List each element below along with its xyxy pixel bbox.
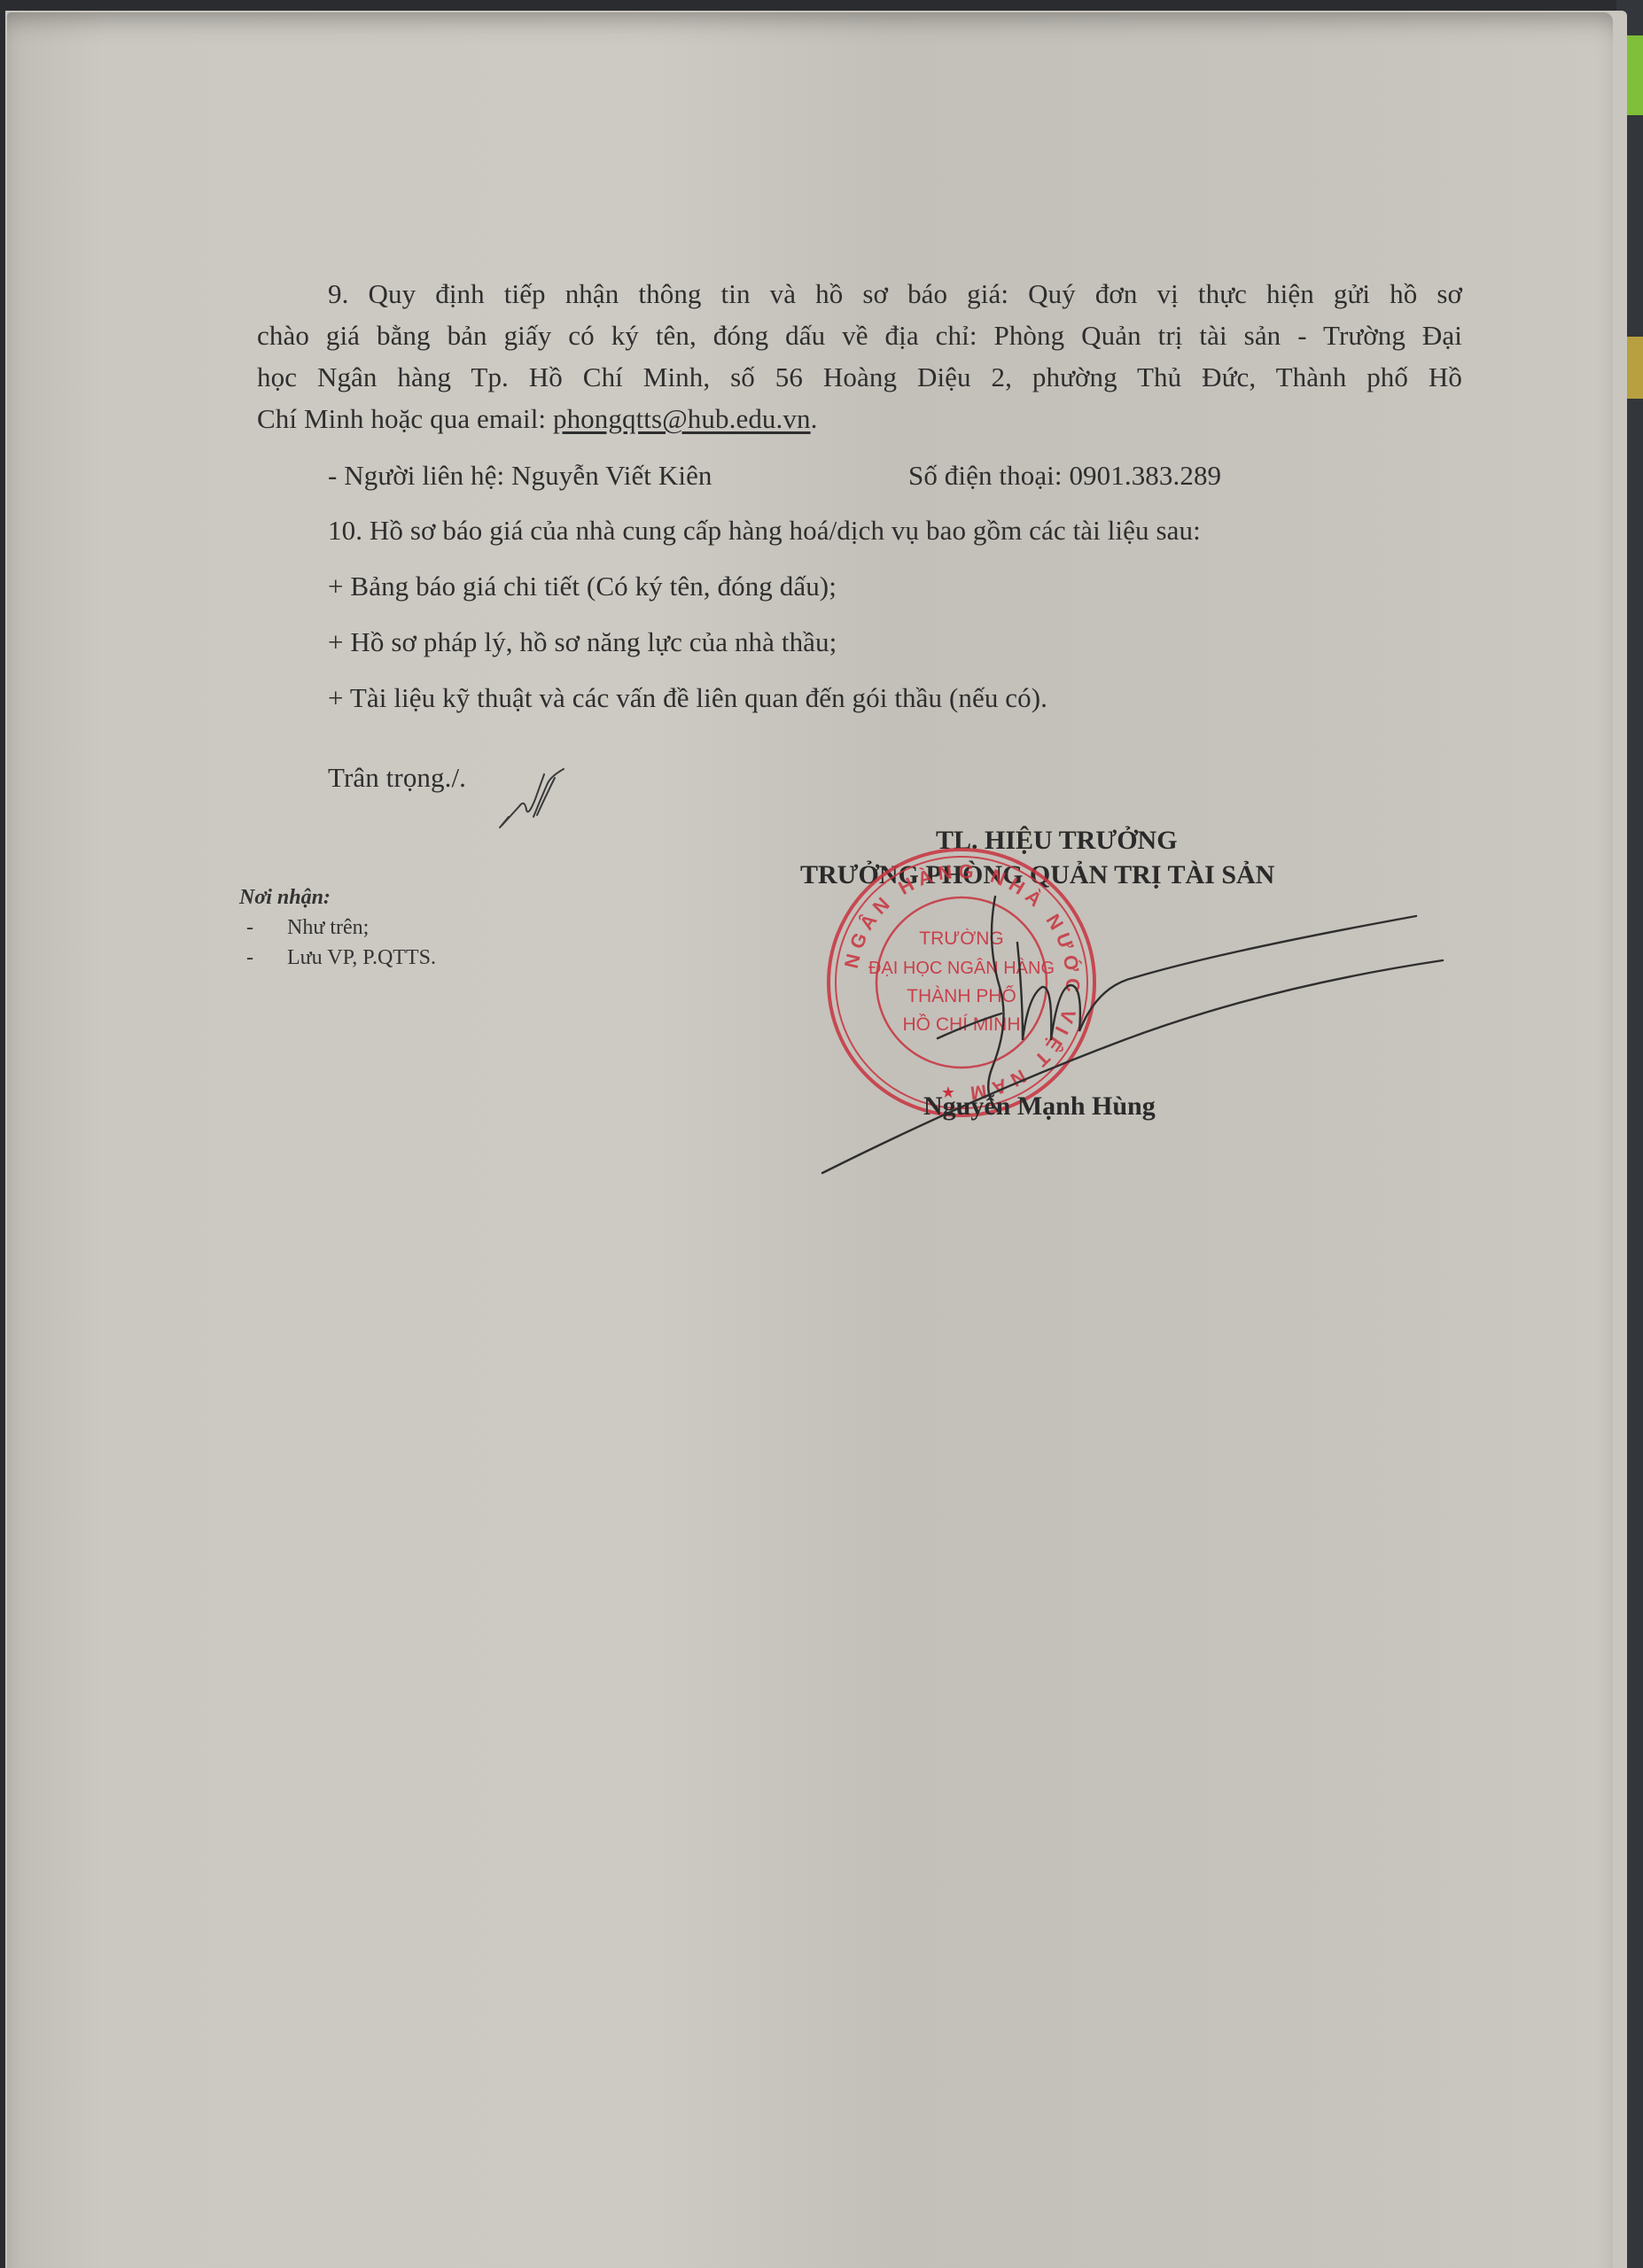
recipient-item: -Lưu VP, P.QTTS. [246, 946, 436, 970]
section-9-line-2: chào giá bằng bản giấy có ký tên, đóng d… [257, 320, 1462, 352]
recipient-text: Như trên; [287, 916, 369, 939]
signer-name: Nguyễn Mạnh Hùng [923, 1091, 1156, 1122]
document-page: 9. Quy định tiếp nhận thông tin và hồ sơ… [7, 12, 1613, 2268]
initials-mark-icon [493, 764, 581, 835]
section-9-line-4: Chí Minh hoặc qua email: phongqtts@hub.e… [257, 403, 817, 435]
recipient-item: -Như trên; [246, 916, 369, 940]
section-10-item: + Hồ sơ pháp lý, hồ sơ năng lực của nhà … [328, 626, 837, 658]
contact-phone: Số điện thoại: 0901.383.289 [908, 460, 1221, 492]
section-10-item: + Bảng báo giá chi tiết (Có ký tên, đóng… [328, 571, 837, 602]
document-body: 9. Quy định tiếp nhận thông tin và hồ sơ… [7, 12, 1613, 2268]
photo-scene: 9. Quy định tiếp nhận thông tin và hồ sơ… [0, 0, 1643, 2268]
closing-text: Trân trọng./. [328, 762, 466, 794]
section-9-line-4-end: . [811, 403, 818, 434]
section-9-line-1: 9. Quy định tiếp nhận thông tin và hồ sơ… [328, 278, 1462, 310]
section-10-heading: 10. Hồ sơ báo giá của nhà cung cấp hàng … [328, 515, 1201, 547]
section-10-item: + Tài liệu kỹ thuật và các vấn đề liên q… [328, 682, 1047, 714]
recipient-dash: - [246, 946, 287, 970]
recipients-heading: Nơi nhận: [239, 886, 331, 910]
recipient-text: Lưu VP, P.QTTS. [287, 946, 436, 969]
email-link[interactable]: phongqtts@hub.edu.vn [553, 403, 811, 434]
handwritten-signature-icon [805, 889, 1460, 1191]
section-9-line-4-text: Chí Minh hoặc qua email: [257, 403, 553, 434]
section-9-line-3: học Ngân hàng Tp. Hồ Chí Minh, số 56 Hoà… [257, 361, 1462, 393]
contact-person: - Người liên hệ: Nguyễn Viết Kiên [328, 460, 712, 492]
recipient-dash: - [246, 916, 287, 940]
